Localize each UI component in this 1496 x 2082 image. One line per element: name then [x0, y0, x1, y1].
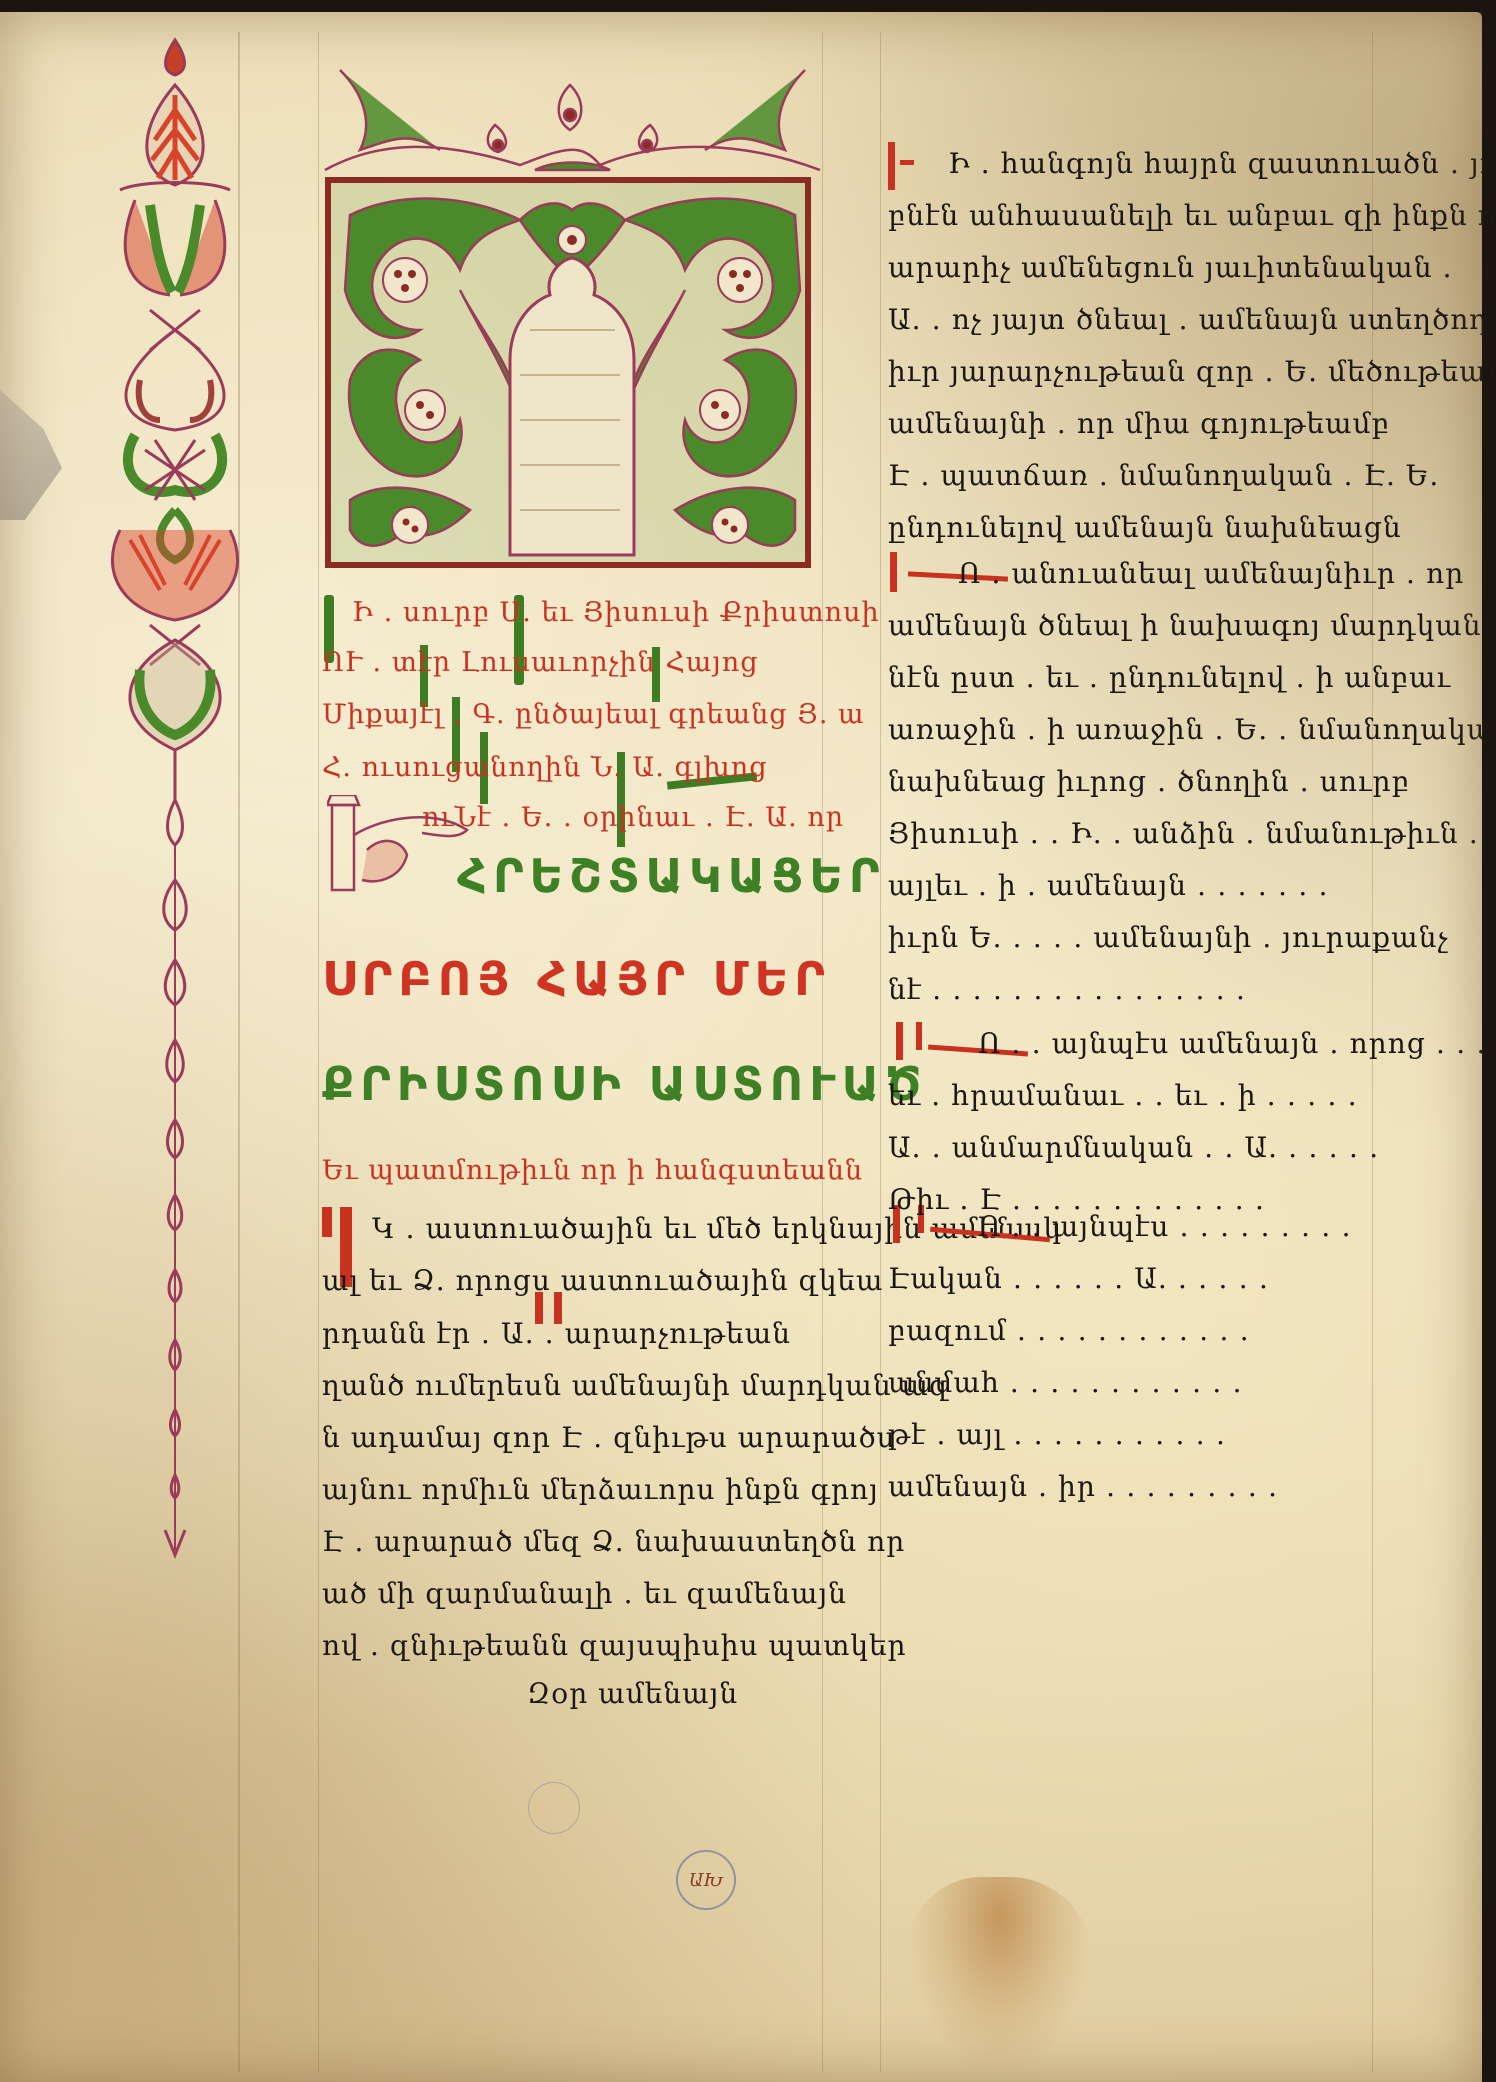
text-line: Յիսուսի ․ ․ Ի. ․ անձին ․ նմանութիւն ․ ․: [888, 817, 1496, 850]
right-column: Ի ․ հանգոյն հայրն զաստուածն ․ յոհաննու բ…: [888, 142, 1378, 1682]
text-line: ամենայնի ․ որ միա գոյութեամբ: [888, 407, 1390, 440]
decorative-initial-icon: [327, 795, 477, 895]
rubric-subtitle: Եւ պատմութիւն որ ի հանգստեանն: [322, 1155, 863, 1186]
text-line: անմահ ․ ․ ․ ․ ․ ․ ․ ․ ․ ․ ․ ․: [888, 1366, 1243, 1399]
red-initial: [888, 142, 895, 190]
text-line: Ի ․ հանգոյն հայրն զաստուածն ․ յոհաննու: [948, 147, 1496, 180]
text-line: Է ․ արարած մեզ Ձ. նախաստեղծն որ: [322, 1525, 905, 1558]
text-line: ամենայն ․ իր ․ ․ ․ ․ ․ ․ ․ ․ ․: [888, 1470, 1278, 1503]
text-line: Զօր ամենայն: [527, 1677, 738, 1710]
text-line: նէ ․ ․ ․ ․ ․ ․ ․ ․ ․ ․ ․ ․ ․ ․ ․ ․: [888, 973, 1246, 1006]
ruling-line: [880, 32, 881, 2072]
text-line: բնէն անհասանելի եւ անբաւ զի ինքն որ: [888, 199, 1496, 232]
text-line: նէն ըստ ․ եւ ․ ընդունելով ․ ի անբաւ: [888, 661, 1451, 694]
text-line: իւրն Ե. ․ ․ ․ ․ ամենայնի ․ յուրաքանչ: [888, 921, 1449, 954]
text-line: արարիչ ամենեցուն յաւիտենական ․: [888, 251, 1453, 284]
text-line: Ո ․ անուանեալ ամենայնիւր ․ որ: [958, 557, 1464, 590]
text-line: ընդունելով ամենայն նախնեացն: [888, 511, 1402, 544]
rubric-line: Միքայէլ ․ Գ. ընծայեալ գրեանց Յ. ա: [322, 699, 865, 730]
text-line: այնու որմիւն մերձաւորս ինքն գրոյ: [322, 1473, 879, 1506]
page-tab: [0, 390, 62, 520]
marginal-ornament-icon: [80, 30, 270, 1560]
manuscript-page: Ի ․ սուրբ Ս. եւ Յիսուսի Քրիստոսի ՈՒ ․ տէ…: [0, 12, 1482, 2082]
headpiece-ornament-icon: [320, 30, 825, 575]
rubric-line: ՈՒ ․ տէր Լուսաւորչին Հայոց: [322, 647, 759, 678]
faint-stamp-outline: [528, 1782, 580, 1834]
rubric-line: Ի ․ սուրբ Ս. եւ Յիսուսի Քրիստոսի: [352, 597, 880, 628]
text-line: իւր յարարչութեան զոր ․ Ե. մեծութեան: [888, 355, 1496, 388]
green-capitals-line: ՀՐԵՇՏԱԿԱՑԵՐ: [457, 849, 885, 903]
left-column: Ի ․ սուրբ Ս. եւ Յիսուսի Քրիստոսի ՈՒ ․ տէ…: [322, 587, 822, 1747]
text-line: ով ․ զնիւթեանն զայսպիսիս պատկեր: [322, 1629, 907, 1662]
red-initial: [890, 552, 897, 592]
text-line: թէ ․ այլ ․ ․ ․ ․ ․ ․ ․ ․ ․ ․ ․: [888, 1418, 1226, 1451]
text-line: ած մի զարմանալի ․ եւ զամենայն: [322, 1577, 847, 1610]
red-initial: [322, 1207, 332, 1237]
water-stain: [905, 1877, 1095, 2077]
red-initial: [900, 160, 914, 165]
text-line: ալ եւ Ձ. որոցս աստուածային զկեա: [322, 1264, 884, 1297]
red-capitals-line: ՍՐԲՈՅ ՀԱՅՐ ՄԵՐ: [322, 952, 831, 1006]
text-line: Ո ․ ․ այնպէս ամենայն ․ որոց ․ ․ ․: [978, 1027, 1487, 1060]
text-line: Ա. ․ անմարմնական ․ ․ Ա. ․ ․ ․ ․ ․: [888, 1131, 1379, 1164]
text-line: ամենայն ծնեալ ի նախագոյ մարդկան ․ ա: [888, 609, 1496, 642]
text-line: եւ ․ հրամանաւ ․ ․ եւ ․ ի ․ ․ ․ ․ ․: [888, 1079, 1358, 1112]
text-line: Է ․ պատճառ ․ նմանողական ․ Է. Ե.: [888, 459, 1439, 492]
text-line: ղանծ ումերեսն ամենայնի մարդկան ազ: [322, 1369, 949, 1402]
text-line: ն ադամայ զոր Է ․ զնիւթս արարածս: [322, 1421, 896, 1454]
text-line: Ա. ․ ոչ յայտ ծնեալ ․ ամենայն ստեղծող: [888, 303, 1488, 336]
text-line: այլեւ ․ ի ․ ամենայն ․ ․ ․ ․ ․ ․ ․: [888, 869, 1329, 902]
library-stamp: ԱԽ: [676, 1850, 736, 1910]
text-line: առաջին ․ ի առաջին ․ Ե. ․ նմանողական: [888, 713, 1496, 746]
green-capitals-line: ՔՐԻՍՏՈՍԻ ԱՍՏՈՒԱԾ: [322, 1057, 927, 1111]
rubric-line: Հ. ուսուցանողին Ն. Ա. գլխոց: [322, 752, 768, 783]
rubric-line: ուՆէ ․ Ե. ․ օրինաւ ․ Է. Ա. որ: [422, 802, 844, 833]
text-line: բազում ․ ․ ․ ․ ․ ․ ․ ․ ․ ․ ․ ․: [888, 1314, 1250, 1347]
ruling-line: [318, 32, 319, 2072]
text-line: Էական ․ ․ ․ ․ ․ ․ Ա. ․ ․ ․ ․ ․: [888, 1262, 1269, 1295]
stamp-text: ԱԽ: [689, 1870, 723, 1891]
red-initial: [916, 1022, 922, 1050]
red-initial: [896, 1022, 903, 1060]
text-line: Ո ․ ․ այնպէս ․ ․ ․ ․ ․ ․ ․ ․ ․: [978, 1210, 1352, 1243]
text-line: րդանն էր ․ Ա. ․ արարչութեան: [322, 1317, 791, 1350]
text-line: նախնեաց իւրոց ․ ծնողին ․ սուրբ: [888, 765, 1410, 798]
